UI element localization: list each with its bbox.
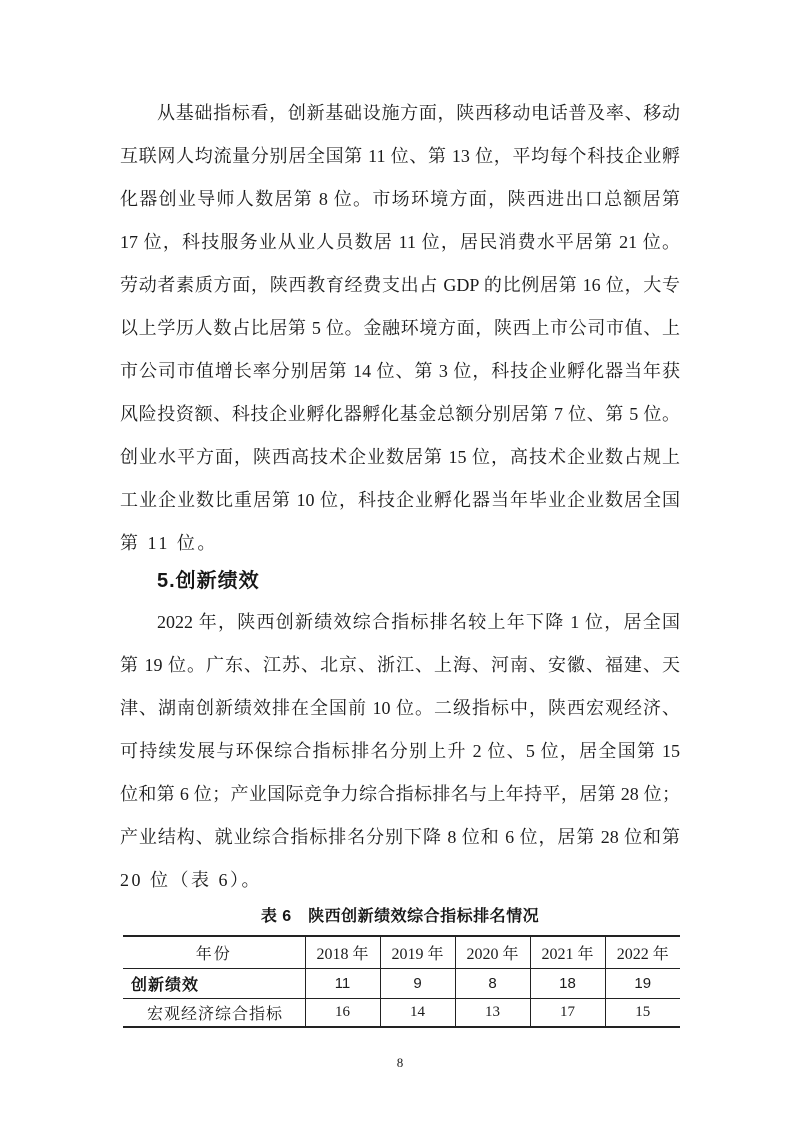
body-paragraph-1: 从基础指标看，创新基础设施方面，陕西移动电话普及率、移动 互联网人均流量分别居全… (120, 92, 680, 565)
page-number: 8 (0, 1055, 800, 1071)
table-cell: 18 (530, 968, 605, 998)
text-line: 2022 年，陕西创新绩效综合指标排名较上年下降 1 位，居全国 (120, 601, 680, 644)
row-label: 创新绩效 (123, 968, 305, 998)
text-line: 可持续发展与环保综合指标排名分别上升 2 位、5 位，居全国第 15 (120, 730, 680, 773)
text-line: 17 位，科技服务业从业人员数居 11 位，居民消费水平居第 21 位。 (120, 221, 680, 264)
text-line: 产业结构、就业综合指标排名分别下降 8 位和 6 位，居第 28 位和第 (120, 816, 680, 859)
section-heading: 5.创新绩效 (157, 560, 260, 603)
table-row-innovation-performance: 创新绩效 11 9 8 18 19 (123, 968, 680, 998)
text-line: 第 11 位。 (120, 522, 680, 565)
table-row-macro-economy-index: 宏观经济综合指标 16 14 13 17 15 (123, 998, 680, 1027)
text-line: 位和第 6 位；产业国际竞争力综合指标排名与上年持平，居第 28 位； (120, 773, 680, 816)
table-header-2020: 2020 年 (455, 936, 530, 968)
text-line: 市公司市值增长率分别居第 14 位、第 3 位，科技企业孵化器当年获 (120, 350, 680, 393)
text-line: 创业水平方面，陕西高技术企业数居第 15 位，高技术企业数占规上 (120, 436, 680, 479)
text-line: 津、湖南创新绩效排在全国前 10 位。二级指标中，陕西宏观经济、 (120, 687, 680, 730)
table-header-2021: 2021 年 (530, 936, 605, 968)
text-line: 化器创业导师人数居第 8 位。市场环境方面，陕西进出口总额居第 (120, 178, 680, 221)
text-line: 风险投资额、科技企业孵化器孵化基金总额分别居第 7 位、第 5 位。 (120, 393, 680, 436)
table-cell: 16 (305, 998, 380, 1027)
text-line: 以上学历人数占比居第 5 位。金融环境方面，陕西上市公司市值、上 (120, 307, 680, 350)
table-header-2022: 2022 年 (605, 936, 680, 968)
ranking-table: 年份 2018 年 2019 年 2020 年 2021 年 2022 年 创新… (123, 935, 680, 1028)
table-cell: 13 (455, 998, 530, 1027)
table-cell: 17 (530, 998, 605, 1027)
row-label: 宏观经济综合指标 (123, 998, 305, 1027)
table-cell: 15 (605, 998, 680, 1027)
table-cell: 14 (380, 998, 455, 1027)
text-line: 从基础指标看，创新基础设施方面，陕西移动电话普及率、移动 (120, 92, 680, 135)
table-header-row: 年份 2018 年 2019 年 2020 年 2021 年 2022 年 (123, 936, 680, 968)
document-page: 从基础指标看，创新基础设施方面，陕西移动电话普及率、移动 互联网人均流量分别居全… (0, 0, 800, 1132)
text-line: 劳动者素质方面，陕西教育经费支出占 GDP 的比例居第 16 位，大专 (120, 264, 680, 307)
table-caption: 表 6 陕西创新绩效综合指标排名情况 (0, 903, 800, 926)
text-line: 互联网人均流量分别居全国第 11 位、第 13 位，平均每个科技企业孵 (120, 135, 680, 178)
table-header-year: 年份 (123, 936, 305, 968)
table-header-2019: 2019 年 (380, 936, 455, 968)
table-cell: 8 (455, 968, 530, 998)
text-line: 20 位（表 6）。 (120, 859, 680, 902)
table-cell: 19 (605, 968, 680, 998)
table-cell: 9 (380, 968, 455, 998)
text-line: 工业企业数比重居第 10 位，科技企业孵化器当年毕业企业数居全国 (120, 479, 680, 522)
body-paragraph-2: 2022 年，陕西创新绩效综合指标排名较上年下降 1 位，居全国 第 19 位。… (120, 601, 680, 902)
table-header-2018: 2018 年 (305, 936, 380, 968)
table-cell: 11 (305, 968, 380, 998)
text-line: 第 19 位。广东、江苏、北京、浙江、上海、河南、安徽、福建、天 (120, 644, 680, 687)
